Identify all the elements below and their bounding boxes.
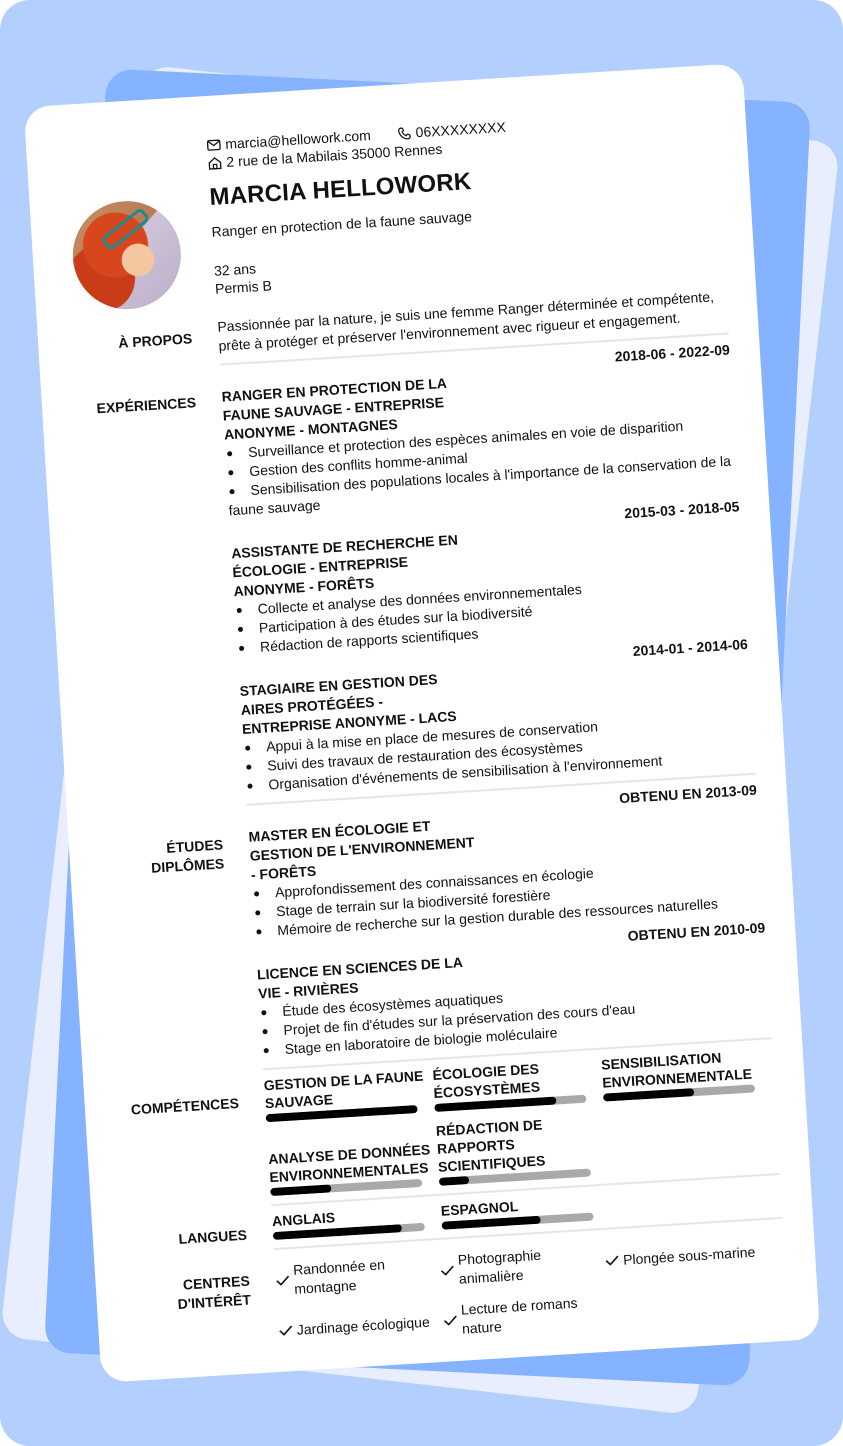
education-entry: LICENCE EN SCIENCES DE LA VIE - RIVIÈRES… — [256, 918, 772, 1060]
interest-item: Randonnée en montagne — [275, 1252, 442, 1300]
background-frame: marcia@hellowork.com 06XXXXXXXX 2 rue de… — [0, 0, 843, 1446]
section-label-experience: EXPÉRIENCES — [80, 372, 247, 821]
interest-label: Plongée sous-marine — [623, 1242, 756, 1269]
bullet-icon — [238, 627, 243, 632]
bullet-icon — [264, 1048, 269, 1053]
phone-icon — [396, 125, 412, 141]
skill-name: RÉDACTION DE RAPPORTS SCIENTIFIQUES — [435, 1112, 603, 1176]
job-title: Ranger en protection de la faune sauvage — [211, 206, 511, 240]
interest-label: Photographie animalière — [457, 1242, 606, 1289]
check-icon — [443, 1315, 458, 1326]
entry-date: 2018-06 - 2022-09 — [614, 341, 733, 421]
skill-item: ÉCOLOGIE DES ÉCOSYSTÈMES — [432, 1056, 600, 1112]
interest-item: Jardinage écologique — [278, 1302, 445, 1350]
bullet-icon — [246, 764, 251, 769]
bullet-icon — [255, 910, 260, 915]
bullet-icon — [254, 891, 259, 896]
bullet-icon — [239, 646, 244, 651]
interest-label: Lecture de romans nature — [460, 1292, 609, 1339]
entry-date: OBTENU EN 2013-09 — [619, 781, 761, 862]
level-bar-fill — [270, 1184, 331, 1196]
experience-entry: ASSISTANTE DE RECHERCHE EN ÉCOLOGIE - EN… — [230, 497, 747, 658]
section-label-interests: CENTRES D'INTÉRÊT — [135, 1256, 280, 1358]
resume-header: marcia@hellowork.com 06XXXXXXXX 2 rue de… — [66, 105, 725, 312]
interest-item: Plongée sous-marine — [604, 1232, 771, 1280]
section-experience: EXPÉRIENCES RANGER EN PROTECTION DE LA F… — [80, 341, 756, 821]
resume-card: marcia@hellowork.com 06XXXXXXXX 2 rue de… — [24, 63, 821, 1383]
entry-date: OBTENU EN 2010-09 — [627, 918, 768, 980]
bullet-icon — [228, 470, 233, 475]
bullet-icon — [237, 608, 242, 613]
skill-item: SENSIBILISATION ENVIRONNEMENTALE — [601, 1046, 769, 1102]
interest-item: Photographie animalière — [439, 1242, 606, 1290]
home-icon — [207, 155, 223, 171]
bullet-icon — [256, 929, 261, 934]
section-label-education: ÉTUDES DIPLÔMES — [107, 812, 263, 1085]
mail-icon — [206, 137, 222, 153]
bullet-icon — [245, 745, 250, 750]
experience-entry: STAGIAIRE EN GESTION DES AIRES PROTÉGÉES… — [238, 635, 755, 796]
experience-entry: RANGER EN PROTECTION DE LA FAUNE SAUVAGE… — [220, 341, 738, 521]
level-bar-fill — [439, 1176, 470, 1186]
bullet-icon — [261, 1010, 266, 1015]
bullet-icon — [229, 489, 234, 494]
interest-item: Lecture de romans nature — [442, 1292, 609, 1340]
section-label-skills: COMPÉTENCES — [124, 1076, 272, 1220]
check-icon — [440, 1265, 455, 1276]
check-icon — [275, 1275, 290, 1286]
entry-date: 2015-03 - 2018-05 — [624, 497, 743, 577]
bullet-icon — [227, 451, 232, 456]
section-education: ÉTUDES DIPLÔMES MASTER EN ÉCOLOGIE ET GE… — [107, 781, 772, 1085]
check-icon — [279, 1325, 294, 1336]
check-icon — [605, 1255, 620, 1266]
avatar-glasses-decoration — [100, 207, 151, 252]
bullet-icon — [247, 783, 252, 788]
skill-item: GESTION DE LA FAUNE SAUVAGE — [263, 1066, 431, 1122]
interest-label: Randonnée en montagne — [293, 1252, 442, 1299]
interest-label: Jardinage écologique — [296, 1312, 430, 1339]
candidate-name: MARCIA HELLOWORK — [209, 166, 510, 212]
avatar — [70, 198, 184, 312]
contact-block: marcia@hellowork.com 06XXXXXXXX 2 rue de… — [206, 118, 508, 172]
entry-date: 2014-01 - 2014-06 — [632, 635, 751, 715]
bullet-icon — [262, 1029, 267, 1034]
section-label-about: À PROPOS — [77, 318, 220, 380]
skill-item: ANALYSE DE DONNÉES ENVIRONNEMENTALES — [267, 1122, 436, 1196]
skill-item: RÉDACTION DE RAPPORTS SCIENTIFIQUES — [435, 1112, 604, 1186]
